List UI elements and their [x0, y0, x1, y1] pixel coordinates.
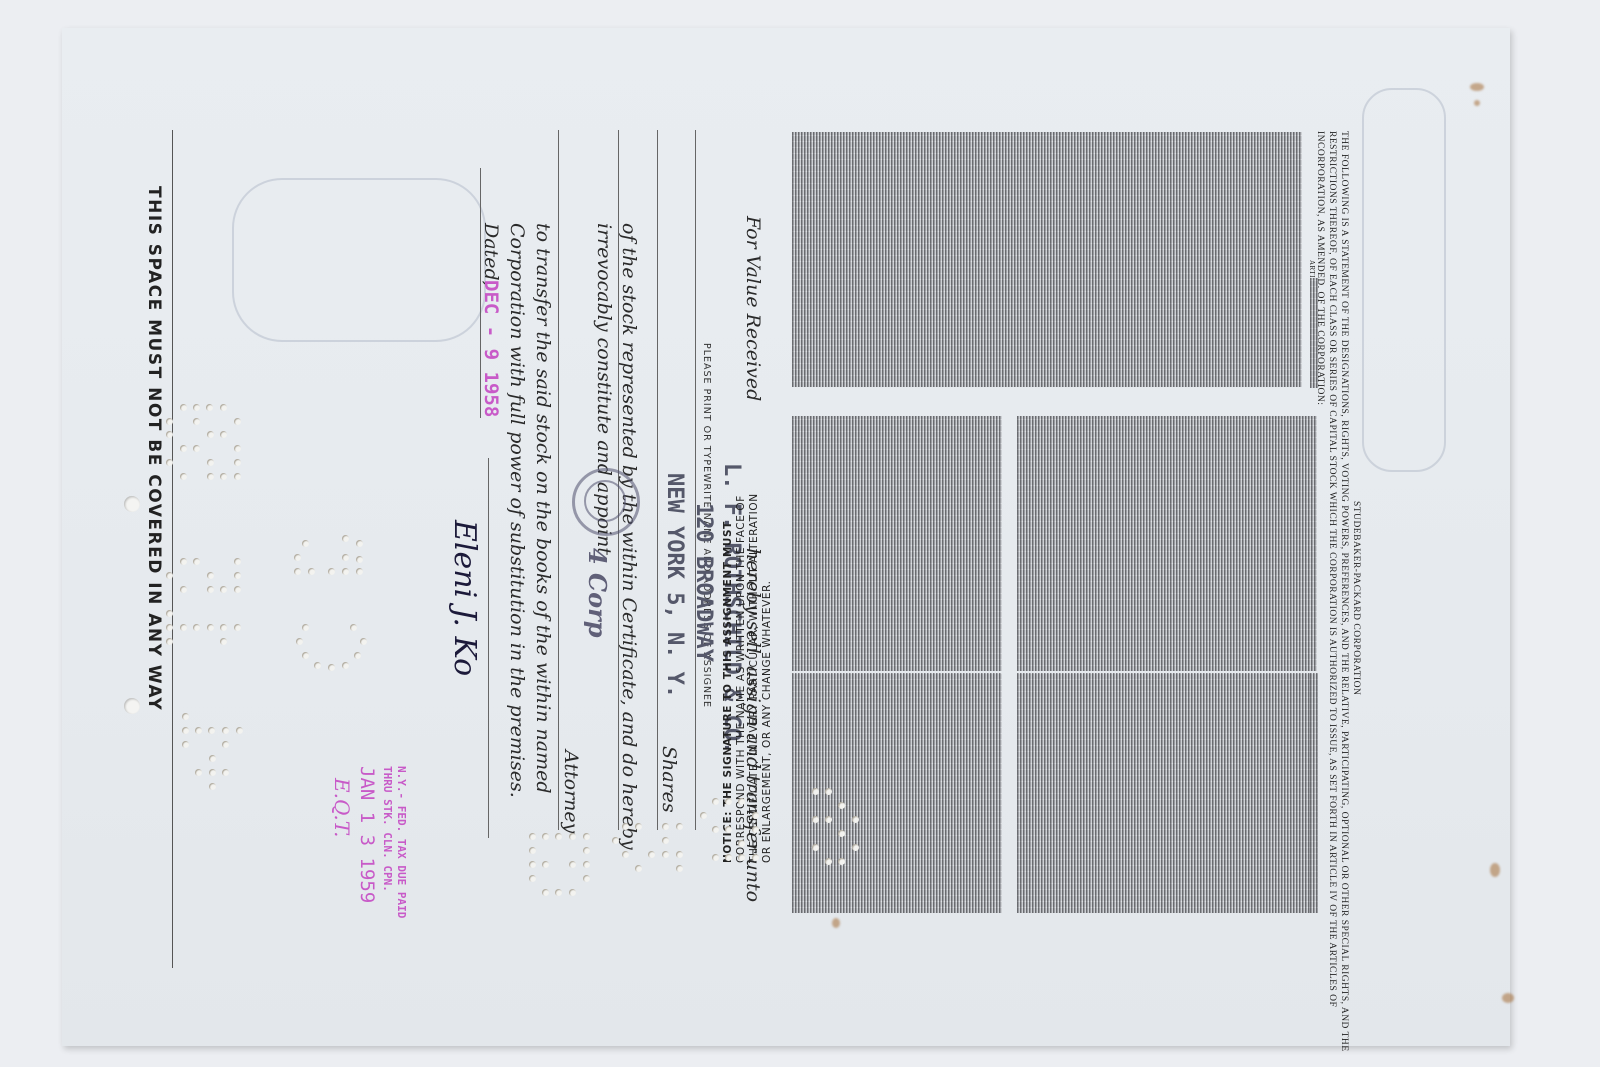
perforation-hole	[635, 823, 642, 830]
margin-rule	[172, 130, 173, 968]
perforation-hole	[635, 865, 642, 872]
show-through-oval	[232, 178, 486, 342]
perforation-hole	[583, 833, 590, 840]
transfer-text: to transfer the said stock on the books …	[532, 223, 554, 794]
perforation-hole	[182, 727, 189, 734]
perforation-hole	[302, 540, 309, 547]
perforation-hole	[838, 830, 845, 837]
perforation-hole	[542, 833, 549, 840]
perforation-hole	[308, 568, 315, 575]
perforation-hole	[583, 875, 590, 882]
perforation-hole	[812, 788, 819, 795]
heading-line-1: THE FOLLOWING IS A STATEMENT OF THE DESI…	[1338, 131, 1350, 1052]
perforation-hole	[302, 624, 309, 631]
margin-warning: THIS SPACE MUST NOT BE COVERED IN ANY WA…	[144, 186, 164, 711]
perforation-hole	[180, 558, 187, 565]
rust-stain	[1474, 100, 1480, 106]
perforation-hole	[166, 418, 173, 425]
perforation-hole	[209, 769, 216, 776]
perforation-hole	[180, 404, 187, 411]
perforation-hole	[220, 431, 227, 438]
perforation-hole	[220, 638, 227, 645]
statement-text-block	[1310, 673, 1318, 913]
statement-text-block	[1310, 278, 1318, 388]
perforation-hole	[812, 844, 819, 851]
perforation-hole	[569, 833, 576, 840]
perforation-hole	[350, 624, 357, 631]
perforation-hole	[555, 833, 562, 840]
perforation-hole	[296, 638, 303, 645]
perforation-hole	[612, 837, 619, 844]
perforation-hole	[314, 662, 321, 669]
perforation-hole	[662, 851, 669, 858]
perforation-hole	[234, 572, 241, 579]
perforation-hole	[542, 889, 549, 896]
perforation-hole	[207, 459, 214, 466]
perforation-hole	[220, 473, 227, 480]
perforation-hole	[360, 638, 367, 645]
statement-text-block	[792, 416, 1002, 671]
perforation-hole	[220, 404, 227, 411]
rust-stain	[832, 918, 840, 928]
perforation-hole	[206, 404, 213, 411]
perforation-hole	[193, 558, 200, 565]
perforation-hole	[622, 823, 629, 830]
perforation-hole	[180, 473, 187, 480]
perforation-hole	[182, 713, 189, 720]
perforation-hole	[294, 568, 301, 575]
perforation-hole	[662, 823, 669, 830]
perforation-hole	[193, 445, 200, 452]
perforation-hole	[738, 854, 745, 861]
tax-stamp-line-2: THRU STK. CLN. CPN.	[381, 766, 394, 892]
perforation-hole	[328, 568, 335, 575]
perforation-hole	[209, 783, 216, 790]
statement-text-block	[1017, 673, 1317, 913]
signature-line	[488, 458, 489, 838]
perforation-hole	[583, 861, 590, 868]
perforation-hole	[622, 851, 629, 858]
perforation-hole	[852, 816, 859, 823]
perforation-hole	[234, 418, 241, 425]
corporation-power-text: Corporation with full power of substitut…	[506, 223, 528, 798]
perforation-hole	[195, 769, 202, 776]
perforation-hole	[725, 854, 732, 861]
notice-line-4: OR ENLARGEMENT, OR ANY CHANGE WHATEVER.	[761, 493, 774, 863]
perforation-hole	[166, 459, 173, 466]
perforation-hole	[529, 861, 536, 868]
perforation-hole	[712, 854, 719, 861]
perforation-hole	[542, 861, 549, 868]
perforation-hole	[752, 826, 759, 833]
perforation-hole	[182, 741, 189, 748]
perforation-hole	[166, 638, 173, 645]
perforation-hole	[569, 861, 576, 868]
shares-label: Shares	[658, 746, 680, 813]
perforation-hole	[838, 802, 845, 809]
perforation-hole	[208, 727, 215, 734]
perforation-hole	[648, 851, 655, 858]
perforation-hole	[234, 459, 241, 466]
perforation-hole	[825, 858, 832, 865]
stock-represented-text: of the stock represented by the within C…	[618, 223, 640, 850]
perforation-hole	[342, 535, 349, 542]
assignee-line	[657, 130, 658, 830]
perforation-hole	[725, 826, 732, 833]
statement-heading: STUDEBAKER-PACKARD CORPORATION THE FOLLO…	[1314, 131, 1362, 1052]
perforation-hole	[207, 473, 214, 480]
perforation-hole	[852, 844, 859, 851]
signature-notice: NOTICE: THE SIGNATURE TO THIS ASSIGNMENT…	[722, 493, 774, 863]
perforation-hole	[752, 854, 759, 861]
attorney-line	[558, 130, 559, 830]
handwritten-initials: 4 Corp	[583, 548, 612, 638]
perforation-hole	[236, 727, 243, 734]
perforation-hole	[356, 556, 363, 563]
perforation-hole	[328, 664, 335, 671]
assignee-line	[695, 130, 696, 830]
perforation-hole	[180, 586, 187, 593]
perforation-hole	[234, 624, 241, 631]
perforation-hole	[725, 798, 732, 805]
perforation-hole	[342, 554, 349, 561]
perforation-hole	[700, 812, 707, 819]
notice-line-1: NOTICE: THE SIGNATURE TO THIS ASSIGNMENT…	[722, 493, 735, 863]
perforation-hole	[752, 812, 759, 819]
perforation-hole	[207, 431, 214, 438]
guarantee-seal	[572, 468, 640, 536]
perforation-hole	[676, 851, 683, 858]
tax-stamp-line-1: N.Y.- FED. TAX DUE PAID	[395, 766, 408, 918]
perforation-hole	[738, 840, 745, 847]
perforation-hole	[220, 586, 227, 593]
perforation-hole	[166, 572, 173, 579]
rust-stain	[1490, 863, 1500, 877]
perforation-hole	[712, 826, 719, 833]
perforation-hole	[234, 586, 241, 593]
statement-text-block	[1017, 416, 1317, 671]
perforation-hole	[220, 624, 227, 631]
perforation-hole	[825, 816, 832, 823]
perforation-hole	[294, 554, 301, 561]
assignee-city: NEW YORK 5, N. Y.	[662, 473, 687, 698]
perforation-hole	[180, 445, 187, 452]
perforation-hole	[838, 858, 845, 865]
perforation-hole	[193, 404, 200, 411]
perforation-hole	[569, 889, 576, 896]
perforation-hole	[234, 473, 241, 480]
dated-stamp: DEC - 9 1958	[480, 280, 502, 417]
perforation-hole	[234, 558, 241, 565]
perforation-hole	[342, 662, 349, 669]
perforation-hole	[529, 833, 536, 840]
notice-line-2: CORRESPOND WITH THE NAME AS WRITTEN UPON…	[735, 493, 748, 863]
perforation-hole	[166, 431, 173, 438]
perforation-hole	[356, 568, 363, 575]
perforation-hole	[583, 847, 590, 854]
attorney-label: Attorney	[560, 750, 582, 833]
perforation-hole	[712, 798, 719, 805]
notice-line-3: THE CERTIFICATE, IN EVERY PARTICULAR, WI…	[748, 493, 761, 863]
rust-stain	[1470, 83, 1484, 91]
perforation-hole	[207, 586, 214, 593]
filing-hole	[124, 496, 140, 512]
show-through-frame	[1362, 88, 1446, 472]
assignee-street: 120 BROADWAY	[691, 503, 716, 662]
perforation-hole	[676, 823, 683, 830]
perforation-hole	[222, 741, 229, 748]
perforation-hole	[529, 847, 536, 854]
perforation-hole	[222, 769, 229, 776]
perforation-hole	[676, 865, 683, 872]
perforation-hole	[738, 798, 745, 805]
perforation-hole	[555, 889, 562, 896]
perforation-hole	[354, 652, 361, 659]
company-heading: STUDEBAKER-PACKARD CORPORATION	[1350, 131, 1362, 1052]
perforation-hole	[193, 624, 200, 631]
heading-line-2: RESTRICTIONS THEREOF, OF EACH CLASS OR S…	[1326, 131, 1338, 1052]
tax-stamp-initials: E.Q.T.	[330, 778, 354, 837]
perforation-hole	[234, 445, 241, 452]
statement-text-block	[792, 673, 1002, 913]
rust-stain	[1502, 993, 1514, 1003]
perforation-hole	[209, 755, 216, 762]
perforation-hole	[207, 624, 214, 631]
perforation-hole	[180, 624, 187, 631]
perforation-hole	[342, 568, 349, 575]
perforation-hole	[356, 540, 363, 547]
tax-stamp-date: JAN 1 3 1959	[356, 766, 378, 903]
perforation-hole	[166, 624, 173, 631]
perforation-hole	[195, 727, 202, 734]
perforation-hole	[193, 418, 200, 425]
dated-label: Dated,	[480, 223, 502, 287]
perforation-hole	[825, 788, 832, 795]
signature: Eleni J. Ko	[447, 520, 482, 676]
perforation-hole	[207, 572, 214, 579]
perforation-hole	[529, 875, 536, 882]
certificate-paper: THIS SPACE MUST NOT BE COVERED IN ANY WA…	[62, 28, 1510, 1046]
perforation-hole	[222, 727, 229, 734]
filing-hole	[124, 698, 140, 714]
perforation-hole	[662, 837, 669, 844]
for-value-received: For Value Received	[742, 216, 764, 401]
statement-text-block	[792, 132, 1302, 387]
perforation-hole	[166, 610, 173, 617]
perforation-hole	[812, 816, 819, 823]
perforation-hole	[302, 652, 309, 659]
